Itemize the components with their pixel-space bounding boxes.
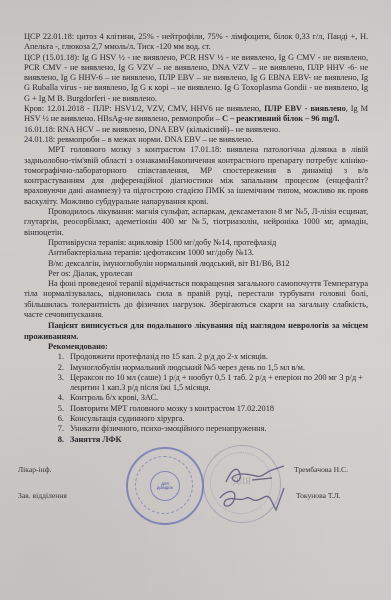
head-role: Зав. відділення [18,491,67,500]
recommendation-item: Повторити МРТ головного мозку з контраст… [66,404,368,414]
document-body: ЦСР 22.01.18: цитоз 4 клітини, 25% - ней… [24,32,368,445]
per-os-therapy: Per os: Діалак, уролесан [24,269,368,279]
recommendation-item: Заняття ЛФК [66,435,368,445]
result-24-01: 24.01.18: ревмопроби – в межах норми. DN… [24,135,368,145]
doctor-name: Трембачова Н.С. [294,465,348,474]
official-round-stamp: ДЛЯ ДОВІДОК [126,447,204,525]
doctor-role: Лікар-інф. [18,465,52,474]
csf-analysis-15-01: ЦСР (15.01.18): Ig G HSV ½ - не виявлено… [24,53,368,104]
head-name: Токунова Т.Л. [296,491,341,500]
im-therapy: В/м: дексалгін, імуноглобулін нормальний… [24,259,368,269]
antiviral-therapy: Противірусна терапія: ацикловір 1500 мг/… [24,238,368,248]
recommendation-item: Консультація судинного хірурга. [66,414,368,424]
blood-crp-value: С – реактивний білок – 96 mg/l. [222,114,339,123]
recommendation-item: Імуноглобулін нормальний людський №5 чер… [66,363,368,373]
mri-result: МРТ головного мозку з контрастом 17.01.1… [24,145,368,207]
document-page: ЦСР 22.01.18: цитоз 4 клітини, 25% - ней… [0,0,391,600]
csf-analysis-22-01: ЦСР 22.01.18: цитоз 4 клітини, 25% - ней… [24,32,368,53]
blood-text-a: Кров: 12.01.2018 - ПЛР: HSV1/2, VZV, CMV… [24,104,264,113]
blood-ebv-detected: ПЛР EBV - виявлено [264,104,346,113]
antibacterial-therapy: Антибактеріальна терапія: цефотаксим 100… [24,248,368,258]
treatment-given: Проводилось лікування: магнія сульфат, а… [24,207,368,238]
recommendation-item: Продовжити протефлазід по 15 кап. 2 р/д … [66,352,368,362]
stamp-center-text: ДЛЯ ДОВІДОК [155,482,175,490]
recommendations-title: Рекомендовано: [24,342,368,352]
discharge-statement: Пацієнт виписується для подальшого лікув… [24,321,368,342]
result-16-01: 16.01.18: RNA HCV – не виявлено, DNA EBV… [24,125,368,135]
signature-head-icon [214,484,294,516]
recommendation-item: Цераксон по 10 мл (саше) 1 р/д + нообут … [66,373,368,394]
blood-analysis: Кров: 12.01.2018 - ПЛР: HSV1/2, VZV, CMV… [24,104,368,125]
treatment-outcome: На фоні проведеної терапії відмічається … [24,279,368,320]
recommendation-item: Уникати фізичного, психо-эмоційного пере… [66,424,368,434]
recommendations-list: Продовжити протефлазід по 15 кап. 2 р/д … [24,352,368,445]
recommendation-item: Контроль б/х крові, ЗАС. [66,393,368,403]
